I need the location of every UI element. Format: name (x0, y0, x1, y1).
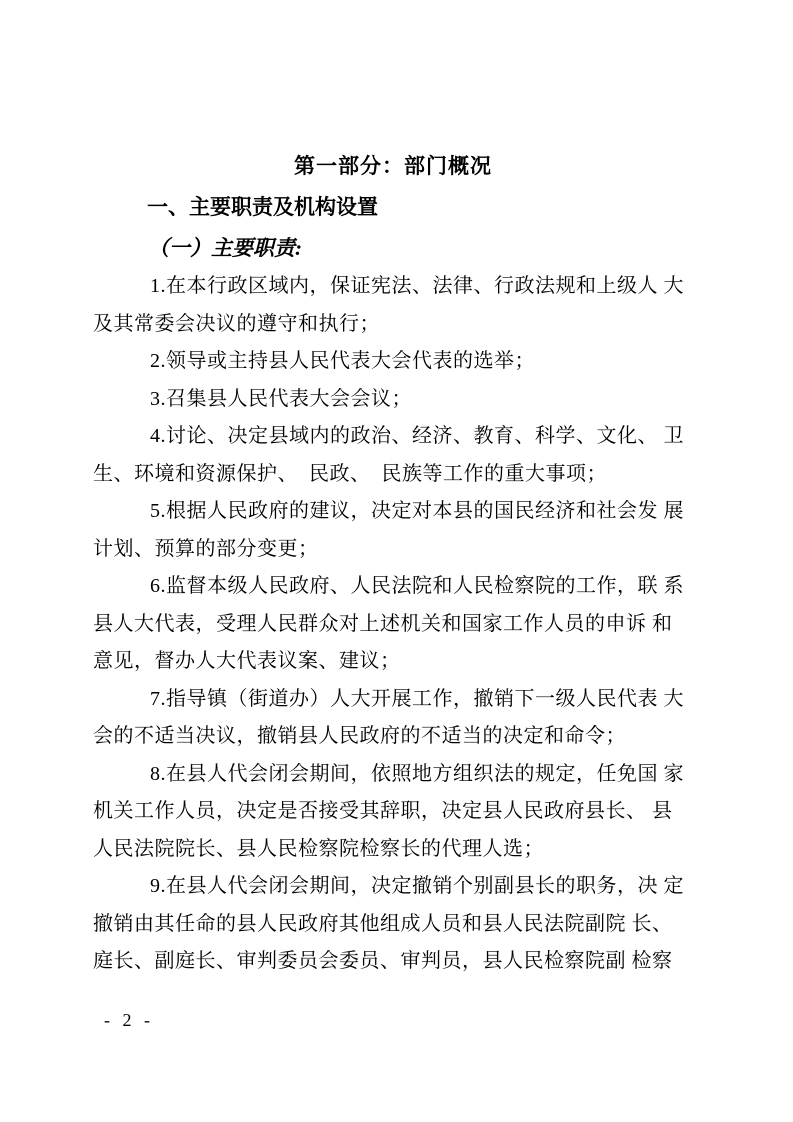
body-line: 4.讨论、决定县域内的政治、经济、教育、科学、文化、 卫 (93, 418, 693, 456)
body-line: 会的不适当决议，撤销县人民政府的不适当的决定和命令； (93, 718, 693, 756)
paragraph-3: 3.召集县人民代表大会会议； (93, 381, 693, 419)
paragraph-2: 2.领导或主持县人民代表大会代表的选举； (93, 343, 693, 381)
paragraph-1: 1.在本行政区域内，保证宪法、法律、行政法规和上级人 大 及其常委会决议的遵守和… (93, 268, 693, 343)
paragraph-7: 7.指导镇（街道办）人大开展工作，撤销下一级人民代表 大 会的不适当决议，撤销县… (93, 681, 693, 756)
body-line: 机关工作人员，决定是否接受其辞职，决定县人民政府县长、 县 (93, 793, 693, 831)
body-line: 3.召集县人民代表大会会议； (93, 381, 693, 419)
body-line: 2.领导或主持县人民代表大会代表的选举； (93, 343, 693, 381)
body-line: 7.指导镇（街道办）人大开展工作，撤销下一级人民代表 大 (93, 681, 693, 719)
body-line: 意见，督办人大代表议案、建议； (93, 643, 693, 681)
body-line: 1.在本行政区域内，保证宪法、法律、行政法规和上级人 大 (93, 268, 693, 306)
paragraph-6: 6.监督本级人民政府、人民法院和人民检察院的工作，联 系 县人大代表，受理人民群… (93, 568, 693, 681)
body-line: 县人大代表，受理人民群众对上述机关和国家工作人员的申诉 和 (93, 606, 693, 644)
paragraph-9: 9.在县人代会闭会期间，决定撤销个别副县长的职务，决 定 撤销由其任命的县人民政… (93, 868, 693, 981)
body-line: 庭长、副庭长、审判委员会委员、审判员，县人民检察院副 检察 (93, 943, 693, 981)
body-line: 计划、预算的部分变更； (93, 531, 693, 569)
document-content: 第一部分：部门概况 一、主要职责及机构设置 （一）主要职责: 1.在本行政区域内… (93, 146, 693, 981)
section-heading: 一、主要职责及机构设置 (93, 188, 693, 228)
body-line: 9.在县人代会闭会期间，决定撤销个别副县长的职务，决 定 (93, 868, 693, 906)
body-line: 8.在县人代会闭会期间，依照地方组织法的规定，任免国 家 (93, 756, 693, 794)
body-line: 及其常委会决议的遵守和执行； (93, 306, 693, 344)
body-line: 5.根据人民政府的建议，决定对本县的国民经济和社会发 展 (93, 493, 693, 531)
part-title: 第一部分：部门概况 (93, 146, 693, 188)
body-line: 撤销由其任命的县人民政府其他组成人员和县人民法院副院 长、 (93, 906, 693, 944)
subsection-heading: （一）主要职责: (93, 228, 693, 268)
body-line: 生、环境和资源保护、 民政、 民族等工作的重大事项； (93, 456, 693, 494)
body-line: 人民法院院长、县人民检察院检察长的代理人选； (93, 831, 693, 869)
document-page: 第一部分：部门概况 一、主要职责及机构设置 （一）主要职责: 1.在本行政区域内… (0, 0, 793, 1122)
page-number: - 2 - (104, 1008, 154, 1032)
paragraph-4: 4.讨论、决定县域内的政治、经济、教育、科学、文化、 卫 生、环境和资源保护、 … (93, 418, 693, 493)
body-line: 6.监督本级人民政府、人民法院和人民检察院的工作，联 系 (93, 568, 693, 606)
paragraph-5: 5.根据人民政府的建议，决定对本县的国民经济和社会发 展 计划、预算的部分变更； (93, 493, 693, 568)
paragraph-8: 8.在县人代会闭会期间，依照地方组织法的规定，任免国 家 机关工作人员，决定是否… (93, 756, 693, 869)
